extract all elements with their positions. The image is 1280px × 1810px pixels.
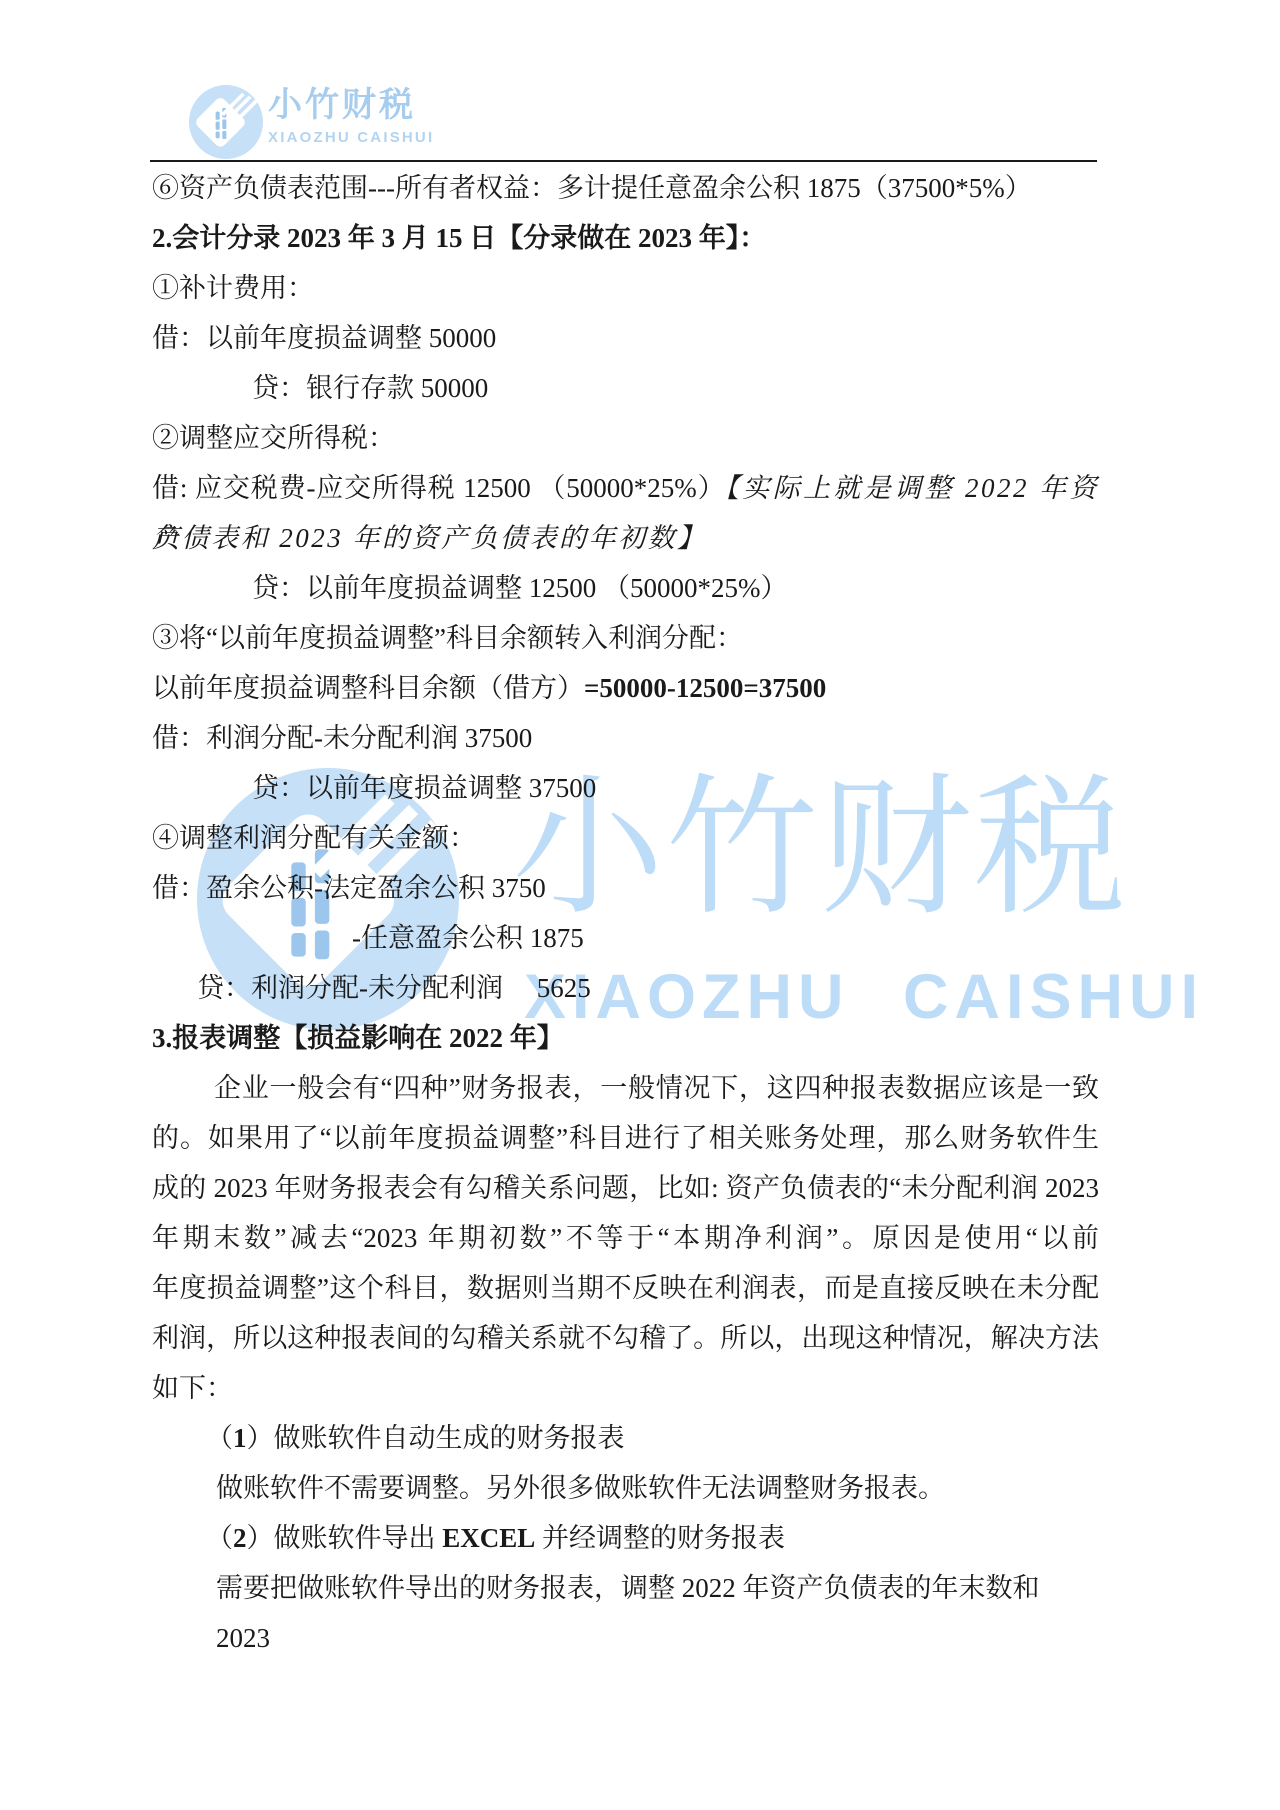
formula-text: =50000-12500=37500	[584, 673, 826, 703]
letterhead-brand: 小竹财税 XIAOZHU CAISHUI	[268, 88, 434, 145]
paragraph-line: 做账软件不需要调整。另外很多做账软件无法调整财务报表。	[152, 1463, 1099, 1513]
text-line: ①补计费用：	[152, 263, 1099, 313]
text-segment: （	[206, 1523, 233, 1553]
paragraph-line: 需要把做账软件导出的财务报表，调整 2022 年资产负债表的年末数和 2023	[152, 1563, 1099, 1613]
text-line: -任意盈余公积 1875	[152, 913, 1099, 963]
header-divider	[150, 160, 1097, 162]
text-segment: ）做账软件导出	[247, 1523, 443, 1553]
text-line: 贷：以前年度损益调整 37500	[152, 763, 1099, 813]
text-line: ②调整应交所得税：	[152, 413, 1099, 463]
document-body: ⑥资产负债表范围---所有者权益：多计提任意盈余公积 1875（37500*5%…	[152, 163, 1099, 1613]
paragraph-line: 年度损益调整”这个科目，数据则当期不反映在利润表，而是直接反映在未分配	[152, 1263, 1099, 1313]
paragraph-line: 利润，所以这种报表间的勾稽关系就不勾稽了。所以，出现这种情况，解决方法	[152, 1313, 1099, 1363]
brand-name-cn: 小竹财税	[268, 88, 434, 122]
text-line: ④调整利润分配有关金额：	[152, 813, 1099, 863]
paragraph-line: 成的 2023 年财务报表会有勾稽关系问题，比如: 资产负债表的“未分配利润 2…	[152, 1163, 1099, 1213]
text-line: 以前年度损益调整科目余额（借方）=50000-12500=37500	[152, 663, 1099, 713]
paragraph-line: 年期末数”减去“2023 年期初数”不等于“本期净利润”。原因是使用“以前	[152, 1213, 1099, 1263]
text-segment: 并经调整的财务报表	[535, 1523, 785, 1553]
paragraph-line: 如下：	[152, 1363, 1099, 1413]
text-line: 借：利润分配-未分配利润 37500	[152, 713, 1099, 763]
text-segment: （	[206, 1423, 233, 1453]
text-line: 借：盈余公积-法定盈余公积 3750	[152, 863, 1099, 913]
company-logo-icon	[189, 85, 263, 159]
excel-keyword: EXCEL	[442, 1523, 535, 1553]
paragraph-line: 企业一般会有“四种”财务报表，一般情况下，这四种报表数据应该是一致	[152, 1063, 1099, 1113]
annotation-text: 负债表和 2023 年的资产负债表的年初数】	[152, 513, 1099, 563]
section-heading: 3.报表调整【损益影响在 2022 年】	[152, 1013, 1099, 1063]
text-line: ③将“以前年度损益调整”科目余额转入利润分配：	[152, 613, 1099, 663]
brand-name-en: XIAOZHU CAISHUI	[268, 130, 434, 145]
text-segment: 以前年度损益调整科目余额（借方）	[152, 673, 584, 703]
list-number: 2	[233, 1523, 247, 1553]
text-segment: ）做账软件自动生成的财务报表	[247, 1423, 625, 1453]
document-page: 小竹财税 XIAOZHU CAISHUI 小竹财税 XIAOZHU CAISHU…	[0, 0, 1280, 1810]
text-line: 贷：利润分配-未分配利润 5625	[152, 963, 1099, 1013]
text-line: 借：以前年度损益调整 50000	[152, 313, 1099, 363]
list-item-heading: （2）做账软件导出 EXCEL 并经调整的财务报表	[152, 1513, 1099, 1563]
text-line: 借: 应交税费-应交所得税 12500 （50000*25%）【实际上就是调整 …	[152, 463, 1099, 513]
paragraph-line: 的。如果用了“以前年度损益调整”科目进行了相关账务处理，那么财务软件生	[152, 1113, 1099, 1163]
list-item-heading: （1）做账软件自动生成的财务报表	[152, 1413, 1099, 1463]
section-heading: 2.会计分录 2023 年 3 月 15 日【分录做在 2023 年】：	[152, 213, 1099, 263]
text-line: 贷：银行存款 50000	[152, 363, 1099, 413]
entry-text: 借: 应交税费-应交所得税 12500 （50000*25%）	[152, 473, 725, 503]
list-number: 1	[233, 1423, 247, 1453]
text-line: 贷：以前年度损益调整 12500 （50000*25%）	[152, 563, 1099, 613]
text-line: ⑥资产负债表范围---所有者权益：多计提任意盈余公积 1875（37500*5%…	[152, 163, 1099, 213]
